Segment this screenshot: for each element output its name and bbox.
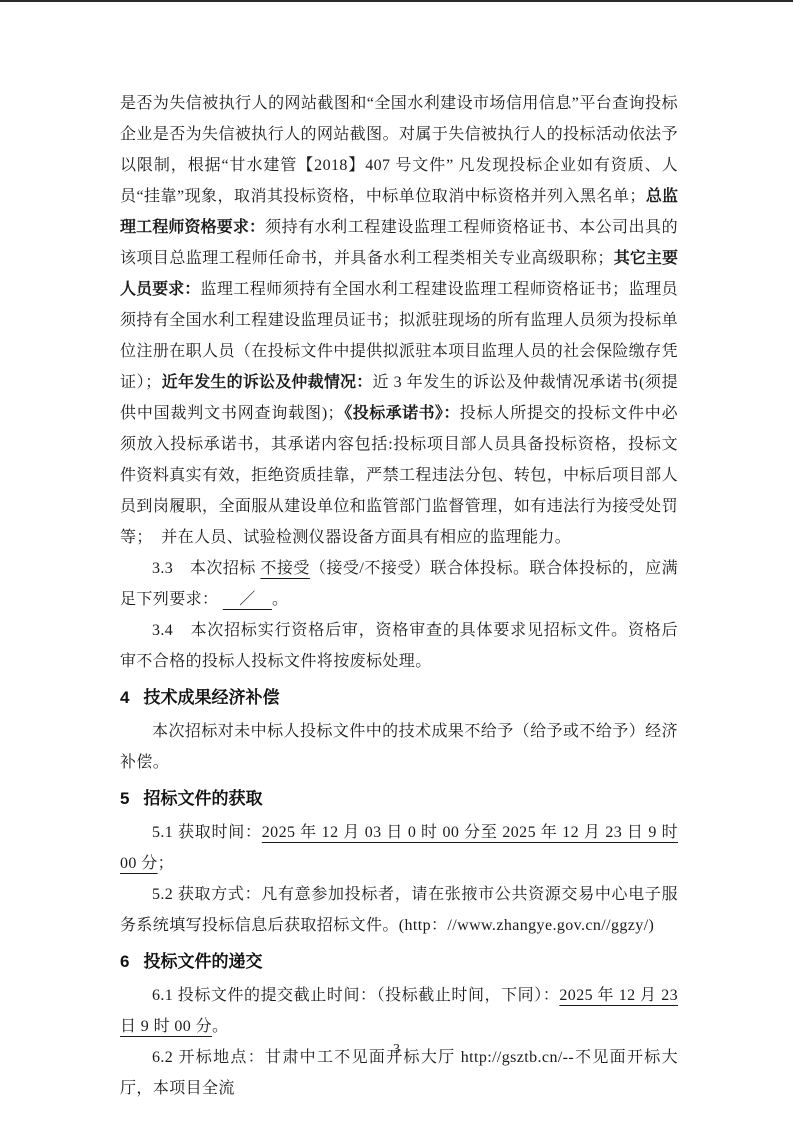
para-5-2: 5.2 获取方式：凡有意参加投标者，请在张掖市公共资源交易中心电子服务系统填写投… — [120, 879, 678, 941]
para-4-body: 本次招标对未中标人投标文件中的技术成果不给予（给予或不给予）经济补偿。 — [120, 716, 678, 778]
section-5-title: 招标文件的获取 — [143, 789, 262, 808]
section-4-number: 4 — [120, 688, 129, 707]
para-5-1-text: ； — [158, 855, 174, 872]
section-5-number: 5 — [120, 789, 129, 808]
para-3-3: 3.3 本次招标 不接受（接受/不接受）联合体投标。联合体投标的，应满足下列要求… — [120, 553, 678, 615]
para-continuation-text: 是否为失信被执行人的网站截图和“全国水利建设市场信用信息”平台查询投标企业是否为… — [120, 95, 678, 205]
section-4-heading: 4技术成果经济补偿 — [120, 682, 678, 713]
para-3-4: 3.4 本次招标实行资格后审，资格审查的具体要求见招标文件。资格后审不合格的投标… — [120, 615, 678, 677]
blank-slash-value: ／ — [223, 591, 272, 608]
inline-heading-recent-litigation: 近年发生的诉讼及仲裁情况： — [162, 374, 373, 391]
para-3-3-text: 。 — [272, 591, 288, 608]
para-5-1: 5.1 获取时间：2025 年 12 月 03 日 0 时 00 分至 2025… — [120, 817, 678, 879]
document-content: 是否为失信被执行人的网站截图和“全国水利建设市场信用信息”平台查询投标企业是否为… — [120, 88, 678, 1104]
inline-heading-bid-commitment-letter: 《投标承诺书》： — [344, 405, 460, 422]
para-6-1: 6.1 投标文件的提交截止时间：（投标截止时间，下同）：2025 年 12 月 … — [120, 980, 678, 1042]
section-4-title: 技术成果经济补偿 — [143, 688, 279, 707]
para-3-3-text: 3.3 本次招标 — [152, 560, 260, 577]
section-6-heading: 6投标文件的递交 — [120, 946, 678, 977]
para-continuation-text: 投标人所提交的投标文件中必须放入投标承诺书，其承诺内容包括:投标项目部人员具备投… — [120, 405, 678, 546]
para-6-1-text: 。 — [212, 1018, 228, 1035]
section-6-number: 6 — [120, 952, 129, 971]
section-6-title: 投标文件的递交 — [143, 952, 262, 971]
page-number: 3 — [0, 1040, 793, 1060]
para-5-1-text: 5.1 获取时间： — [152, 824, 262, 841]
document-page: 是否为失信被执行人的网站截图和“全国水利建设市场信用信息”平台查询投标企业是否为… — [0, 0, 793, 1122]
para-6-1-text: 6.1 投标文件的提交截止时间：（投标截止时间，下同）： — [152, 987, 559, 1004]
value-joint-bid-not-accepted: 不接受 — [260, 560, 310, 577]
para-continuation: 是否为失信被执行人的网站截图和“全国水利建设市场信用信息”平台查询投标企业是否为… — [120, 88, 678, 553]
section-5-heading: 5招标文件的获取 — [120, 783, 678, 814]
